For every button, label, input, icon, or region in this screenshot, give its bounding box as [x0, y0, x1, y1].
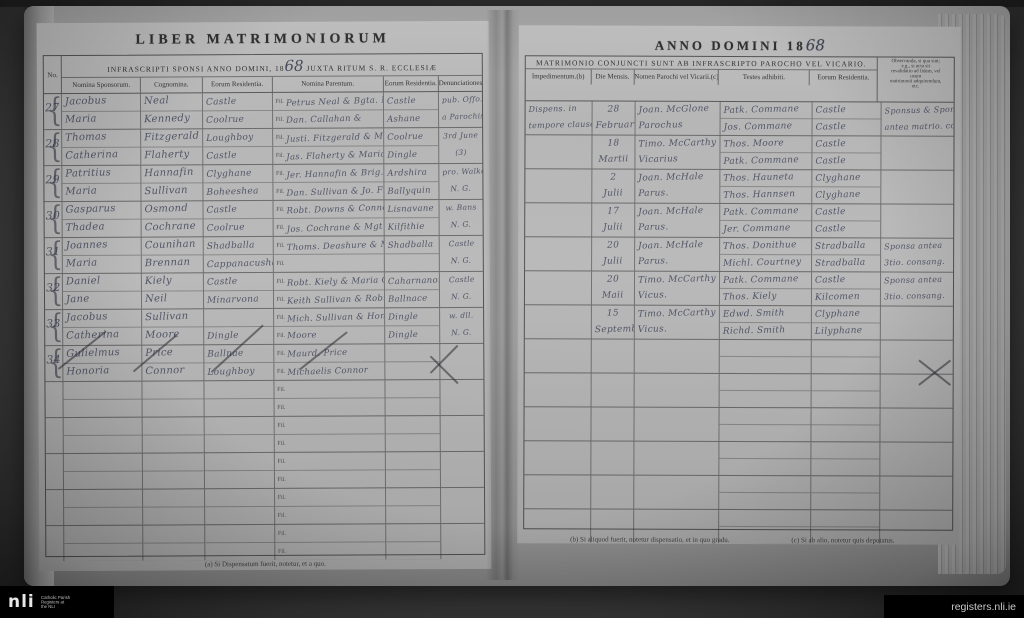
sponsor-surname [143, 435, 204, 452]
handwritten-text: pub. Offo. [442, 92, 483, 109]
site-watermark-bar: registers.nli.ie [884, 595, 1024, 618]
banns-note: w. dll. [440, 308, 483, 325]
parents-line: Fil. [274, 398, 384, 416]
handwritten-text: Maria [65, 111, 97, 128]
parents-residence-cell [385, 488, 440, 523]
handwritten-text: w. Bans [445, 200, 477, 217]
parents-cell: Fil.Fil. [274, 488, 385, 524]
impediment-cell: Dispens. intempore clauso [526, 101, 592, 134]
parents-residence: Ballyquin [384, 182, 438, 199]
sponsor-surname: Connor [142, 363, 203, 380]
handwritten-text: Joan. McHale [638, 204, 704, 221]
banns-note [440, 416, 483, 433]
witness [720, 476, 811, 493]
handwritten-text: Maria [65, 183, 97, 200]
handwritten-text: Thos. Hauneta [724, 170, 795, 187]
observanda-note [881, 204, 953, 220]
handwritten-text: Dispens. in [528, 101, 577, 117]
priest-name [634, 510, 719, 526]
sponsor-residence [205, 489, 274, 507]
handwritten-text: a Parochis [442, 108, 483, 125]
impediment [525, 169, 591, 185]
witness-cell [719, 374, 811, 407]
observanda-note [881, 306, 953, 322]
row-number-cell: 28{ [44, 130, 61, 165]
printed-line-prefix: Fil. [277, 459, 285, 465]
parents-line: Fil. [273, 254, 383, 272]
handwritten-text: Fitzgerald [144, 129, 200, 146]
sponsor-name: Honoria [64, 364, 142, 381]
nli-logo-caption: Catholic Parish Registers at the NLI [41, 595, 70, 608]
day-month: Maii [591, 287, 633, 303]
marriage-detail-row: 15SeptembrisTimo. McCarthyVicus.Edwd. Sm… [525, 304, 953, 339]
priest-name: Joan. McHale [635, 170, 720, 186]
column-header-parents-residence: Eorum Residentia. [383, 76, 438, 91]
sponsor-surname-cell: KielyNeil [141, 273, 203, 308]
observanda-note: Sponsa antea [881, 272, 953, 288]
observanda-note [881, 356, 953, 372]
witness-residence [812, 340, 880, 357]
sponsor-surname [143, 507, 204, 524]
marriage-row: 27{JacobusMariaNealKennedyCastleCoolrueF… [44, 92, 482, 129]
priest-name-cell [633, 408, 719, 441]
handwritten-text: Ballnace [388, 291, 428, 308]
witness-residence [812, 408, 880, 425]
witness-residence: Kilcomen [812, 289, 880, 305]
right-page: ANNO DOMINI 1868 MATRIMONIO CONJUNCTI SU… [517, 25, 961, 545]
handwritten-text: Jos. Commane [724, 119, 793, 135]
witness-residence-cell: CastleCastle [812, 136, 881, 169]
day-month-cell: 2Julii [591, 169, 634, 202]
parents-line: Fil.Justi. Fitzgerald & Mgta. Kane [273, 128, 383, 147]
day-month [591, 373, 633, 389]
observanda-note [880, 458, 952, 474]
priest-name [635, 340, 720, 356]
handwritten-text: Patk. Commane [724, 102, 800, 119]
sponsor-surname: Neal [141, 93, 202, 111]
priest-name-cell: Joan. McHaleParus. [634, 238, 720, 271]
handwritten-text: Edwd. Smith [723, 306, 785, 323]
handwritten-text: Februarii [595, 118, 635, 134]
banns-note-cell: CastleN. G. [439, 236, 483, 271]
sponsor-surname-cell [142, 453, 204, 488]
parents-line: Fil.Moore [274, 326, 384, 344]
handwritten-text: Sponsa antea [884, 238, 943, 254]
marriage-row: 29{PatritiusMariaHannafinSullivanClyghan… [44, 163, 482, 201]
handwritten-text: Loughboy [207, 363, 255, 380]
handwritten-text: Clyghane [206, 165, 252, 182]
witness-cell: Patk. CommaneThos. Kiely [719, 272, 811, 305]
banns-note-cell: pub. Offo.a Parochis [438, 92, 482, 127]
column-header-witnesses: Testes adhibiti. [718, 70, 809, 85]
left-table-header: No. INFRASCRIPTI SPONSI ANNO DOMINI, 186… [44, 54, 482, 94]
day-month: 2 [592, 169, 634, 185]
day-month: 20 [592, 271, 634, 287]
impediment-cell [524, 441, 590, 474]
banns-note: Castle [440, 236, 483, 253]
handwritten-text: 3rd June [443, 128, 479, 145]
sponsor-residence: Castle [203, 273, 272, 291]
day-month: Julii [592, 185, 634, 201]
impediment [524, 423, 590, 439]
sponsor-residence [205, 543, 274, 560]
marriage-detail-row: 20JuliiJoan. McHaleParus.Thos. DonithueM… [525, 236, 953, 271]
banns-note-cell: w. dll.N. G. [439, 308, 483, 343]
sponsor-surname [143, 453, 204, 471]
parents-residence-cell: Shadballa [384, 236, 439, 271]
priest-name-cell [633, 374, 719, 407]
parents-line: Fil. [275, 506, 385, 524]
handwritten-text: Stradballa [815, 256, 866, 272]
parents-residence: Lisnavane [384, 200, 438, 218]
priest-name: Parochus [635, 118, 720, 134]
sponsor-surname [143, 417, 204, 435]
witness [720, 510, 811, 527]
priest-name [634, 374, 719, 390]
handwritten-text: Castle [205, 94, 236, 111]
sponsor-surname [143, 399, 204, 416]
sponsor-name-cell [63, 526, 142, 561]
witness: Thos. Hauneta [721, 170, 812, 187]
sponsor-name [64, 454, 142, 472]
printed-line-prefix: Fil. [278, 531, 286, 537]
observanda-note [881, 220, 953, 236]
impediment-cell [525, 135, 591, 168]
day-month-cell [590, 339, 633, 372]
parents-line: Fil.Michaelis Connor [274, 362, 384, 380]
blank-row: Fil.Fil. [45, 379, 483, 417]
sponsor-name-cell: GasparusThadea [62, 202, 141, 237]
handwritten-text: Osmond [144, 201, 188, 218]
impediment [525, 271, 591, 287]
anno-domini-title: ANNO DOMINI 1868 [519, 35, 961, 55]
photo-background: LIBER MATRIMONIORUM No. INFRASCRIPTI SPO… [0, 0, 1024, 618]
witness-cell: Edwd. SmithRichd. Smith [719, 306, 811, 339]
column-header-surnames: Cognomina. [140, 77, 202, 92]
parents-residence-cell: LisnavaneKilfithie [383, 200, 438, 235]
observanda-note-cell [880, 374, 953, 407]
sponsor-residence-cell [203, 417, 273, 452]
day-month: 15 [591, 305, 633, 321]
handwritten-text: Petrus Neal & Bgta. Murphy [286, 92, 383, 111]
handwritten-text: Castle [448, 272, 474, 289]
handwritten-text: Mich. Sullivan & Hon. Rice [287, 308, 384, 327]
witness [720, 408, 811, 425]
column-header-witness-residence: Eorum Residentia. [809, 70, 877, 85]
row-brace: { [47, 166, 61, 201]
handwritten-text: Jas. Flaherty & Maria Daly [286, 146, 383, 164]
handwritten-text: Richd. Smith [723, 323, 786, 339]
row-brace: { [47, 130, 61, 165]
handwritten-text: Timo. McCarthy [638, 136, 716, 153]
handwritten-text: Michl. Courtney [723, 255, 802, 271]
parents-cell: Fil.Justi. Fitzgerald & Mgta. KaneFil.Ja… [272, 128, 383, 164]
observanda-note [881, 408, 953, 424]
priest-name [634, 492, 719, 508]
sponsor-name: Catherina [63, 328, 141, 345]
parents-cell: Fil.Fil. [274, 524, 385, 560]
sponsor-name-cell [63, 418, 142, 453]
parents-residence: Castle [384, 92, 438, 110]
column-header-sponsors: Nomina Sponsorum. [62, 78, 140, 93]
observanda-note: Sponsus & Sponsa [882, 102, 954, 118]
impediment [524, 491, 590, 507]
parents-residence: Dingle [385, 308, 439, 326]
day-month: Septembris [591, 321, 633, 337]
handwritten-text: Keith Sullivan & Robt. Dwyre [287, 289, 384, 308]
printed-line-prefix: Fil. [276, 225, 284, 231]
sponsor-name: Maria [63, 256, 141, 273]
sponsor-surname [142, 381, 203, 399]
handwritten-text: Thos. Hannsen [724, 187, 796, 203]
handwritten-text: Martii [598, 152, 628, 168]
impediment [525, 389, 591, 405]
printed-line-prefix: Fil. [277, 369, 285, 375]
blank-row: Fil.Fil. [46, 415, 484, 453]
handwritten-text: Ashane [387, 111, 421, 128]
handwritten-text: Parochus [638, 118, 683, 134]
witness-residence: Clyghane [813, 187, 881, 203]
parents-residence [386, 506, 440, 523]
sponsor-surname-cell [142, 417, 204, 452]
sponsor-surname-cell: FitzgeraldFlaherty [140, 129, 202, 164]
sponsor-residence: Clyghane [203, 165, 272, 183]
printed-line-prefix: Fil. [278, 495, 286, 501]
witness-residence [812, 510, 880, 527]
sponsor-surname: Brennan [142, 255, 203, 272]
left-footnote: (a) Si Dispensatum fuerit, notetur, et a… [39, 559, 491, 569]
parents-residence: Dingle [385, 326, 439, 343]
handwritten-text: Jane [66, 292, 90, 309]
marriage-detail-row: 20MaiiTimo. McCarthyVicus.Patk. CommaneT… [525, 270, 953, 305]
observanda-note [882, 136, 954, 152]
witness-cell: Thos. DonithueMichl. Courtney [720, 238, 812, 271]
handwritten-text: Thomas [65, 130, 107, 147]
handwritten-text: tempore clauso [528, 117, 591, 134]
handwritten-text: Vicus. [638, 322, 668, 338]
impediment-cell [525, 237, 591, 270]
witness-residence-cell: CastleKilcomen [811, 272, 880, 305]
sponsor-surname-cell: CounihanBrennan [141, 237, 203, 272]
handwritten-text: Timo. McCarthy [638, 272, 716, 289]
handwritten-text: Joan. McHale [638, 170, 704, 187]
printed-line-prefix: Fil. [278, 549, 286, 555]
parents-residence-cell [384, 380, 439, 415]
priest-name [634, 408, 719, 424]
banns-note [440, 397, 483, 414]
handwritten-text: Jacobus [65, 94, 107, 111]
witness-cell [719, 408, 811, 441]
handwritten-text: Caharnanore [387, 272, 438, 290]
sponsor-surname: Fitzgerald [141, 129, 202, 147]
parents-residence [385, 398, 439, 415]
handwritten-text: Catherina [65, 147, 119, 165]
blank-row [524, 440, 952, 475]
right-table-body: Dispens. intempore clauso28FebruariiJoan… [524, 101, 954, 543]
parents-residence [386, 524, 440, 542]
impediment-cell [525, 373, 591, 406]
sponsor-name-cell: GulielmusHonoria [63, 346, 142, 381]
marriage-detail-row: 18MartiiTimo. McCarthyVicariusThos. Moor… [525, 134, 953, 169]
witness-residence-cell: CastleCastle [812, 204, 881, 237]
left-page: LIBER MATRIMONIORUM No. INFRASCRIPTI SPO… [37, 21, 492, 571]
day-month [591, 423, 633, 439]
witness: Patk. Commane [720, 272, 811, 289]
parents-cell: Fil.Jer. Hannafin & Brig. SullivanFil.Da… [272, 164, 383, 200]
parents-line: Fil. [274, 416, 384, 435]
sponsor-surname: Kennedy [141, 111, 202, 128]
printed-line-prefix: Fil. [277, 441, 285, 447]
banns-note [441, 541, 484, 558]
observanda-note [880, 492, 952, 508]
footnote-b: (b) Si aliquod fuerit, notetur dispensat… [570, 535, 729, 544]
sponsor-surname-cell [142, 489, 204, 524]
handwritten-text: Flaherty [144, 147, 190, 164]
banns-note: 3rd June [439, 128, 482, 145]
handwritten-text: Dan. Callahan & [286, 110, 362, 128]
parents-line: Fil. [275, 470, 385, 488]
handwritten-text: pro. Walker [442, 164, 483, 181]
blank-row: Fil.Fil. [46, 523, 484, 561]
sponsor-residence: Boheeshea [203, 183, 272, 200]
row-number-cell: 33{ [45, 310, 62, 345]
day-month-cell: 17Julii [591, 203, 634, 236]
parents-residence: Ashane [384, 110, 438, 127]
sponsor-name: Maria [63, 184, 141, 201]
banns-note: pro. Walker [439, 164, 482, 181]
witness-cell [719, 442, 811, 475]
handwritten-text: Cappanacusha [206, 255, 272, 272]
observanda-note [882, 152, 954, 168]
handwritten-text: Connor [145, 363, 185, 380]
observanda-note [881, 186, 953, 202]
parents-cell: Fil.Thoms. Deashure & Maria BrennanFil. [272, 236, 383, 272]
banns-note [440, 361, 483, 378]
witness: Patk. Commane [721, 102, 812, 119]
row-number-cell: 31{ [45, 238, 62, 273]
witness: Jer. Commane [721, 221, 812, 237]
row-number-cell [46, 454, 63, 489]
handwritten-text: N. G. [451, 289, 472, 306]
parents-residence: Shadballa [385, 236, 439, 254]
handwritten-text: Castle [815, 273, 846, 289]
sponsor-surname: Counihan [142, 237, 203, 255]
parents-cell: Fil.Fil. [273, 416, 384, 452]
row-number-cell: 34{ [45, 346, 62, 381]
sponsor-surname-cell: NealKennedy [140, 93, 202, 128]
priest-name: Vicarius [635, 152, 720, 168]
banns-note: N. G. [439, 181, 482, 198]
handwritten-text: Castle [206, 148, 237, 165]
sponsor-surname [143, 543, 204, 560]
witness-residence-cell: ClyphaneLilyphane [811, 306, 880, 339]
sponsor-residence-cell: CastleCoolrue [202, 201, 272, 236]
handwritten-text: Jacobus [66, 310, 108, 327]
handwritten-text: Thadea [66, 219, 106, 236]
handwritten-text: Cochrane [144, 219, 196, 237]
priest-name-cell: Joan. McHaleParus. [634, 204, 720, 237]
handwritten-text: Hannafin [144, 165, 194, 182]
impediment: tempore clauso [526, 117, 592, 133]
sponsor-residence [204, 381, 273, 399]
handwritten-text: Michaelis Connor [287, 362, 368, 380]
witness-residence-cell: StradballaStradballa [811, 238, 880, 271]
handwritten-text: 3tio. consang. [884, 254, 945, 270]
observanda-note-cell [880, 340, 953, 373]
banns-note: N. G. [440, 289, 483, 306]
priest-name-cell [633, 442, 719, 475]
left-register-table: No. INFRASCRIPTI SPONSI ANNO DOMINI, 186… [43, 53, 486, 557]
parents-cell: Fil.Robt. Kiely & Maria ConwayFil.Keith … [273, 272, 384, 308]
marriage-detail-row: 17JuliiJoan. McHaleParus.Patk. CommaneJe… [525, 202, 953, 237]
sponsor-name-cell: DanielJane [62, 274, 141, 309]
parents-residence: Dingle [384, 146, 438, 163]
witness-residence: Clyghane [813, 170, 881, 187]
handwritten-text: Joan. McHale [638, 238, 704, 255]
handwritten-text: Kilfithie [387, 219, 425, 236]
handwritten-text: N. G. [451, 217, 472, 234]
witness-residence: Lilyphane [812, 323, 880, 339]
witness-residence-cell: CastleCastle [812, 102, 881, 135]
handwritten-text: Vicarius [638, 152, 678, 168]
handwritten-text: Parus. [638, 254, 669, 270]
handwritten-text: Boheeshea [206, 183, 259, 200]
handwritten-text: Coolrue [387, 129, 424, 146]
observanda-note [880, 510, 952, 526]
priest-name [634, 424, 719, 440]
day-month: 28 [592, 101, 634, 117]
handwritten-text: Brennan [145, 255, 191, 272]
sponsor-name-cell [63, 382, 142, 417]
impediment-cell [525, 203, 591, 236]
marriage-row: 33{JacobusCatherinaSullivanMooreDingleFi… [45, 307, 483, 345]
day-month-cell: 18Martii [591, 135, 634, 168]
sponsor-name [64, 508, 142, 525]
blank-row [525, 338, 953, 373]
handwritten-text: Thos. Kiely [723, 289, 777, 305]
handwritten-text: Thos. Moore [724, 136, 785, 152]
sponsor-name: Joannes [63, 238, 141, 256]
sponsor-name [65, 544, 143, 561]
witness-residence: Castle [812, 272, 880, 289]
handwritten-text: Robt. Downs & Connor [286, 200, 383, 219]
handwritten-text: Sponsa antea [884, 272, 943, 288]
observanda-note [881, 424, 953, 440]
row-brace: { [47, 202, 61, 237]
parents-residence-cell [385, 452, 440, 487]
impediment-cell [525, 169, 591, 202]
handwritten-text: 28 [607, 102, 619, 117]
sponsor-residence: Minarvona [203, 291, 272, 308]
priest-name-cell [633, 476, 719, 509]
sponsor-residence [204, 399, 273, 416]
observanda-note [881, 374, 953, 390]
witness-residence [812, 357, 880, 373]
handwritten-text: (3) [455, 145, 467, 161]
sponsor-surname [143, 471, 204, 488]
parents-residence-cell: CaharnanoreBallnace [384, 272, 439, 307]
handwritten-text: antea matrio. conjuncti [884, 117, 953, 134]
observanda-note-cell: Sponsus & Sponsaantea matrio. conjuncti [881, 102, 954, 135]
row-brace: { [47, 94, 61, 129]
blank-row [525, 372, 953, 407]
parents-line: Fil.Thoms. Deashure & Maria Brennan [273, 236, 383, 255]
banns-note [441, 488, 484, 505]
sponsor-residence-cell: ClyghaneBoheeshea [202, 165, 272, 200]
witness [720, 374, 811, 391]
day-month [591, 509, 633, 525]
sponsor-name: Daniel [63, 274, 141, 292]
